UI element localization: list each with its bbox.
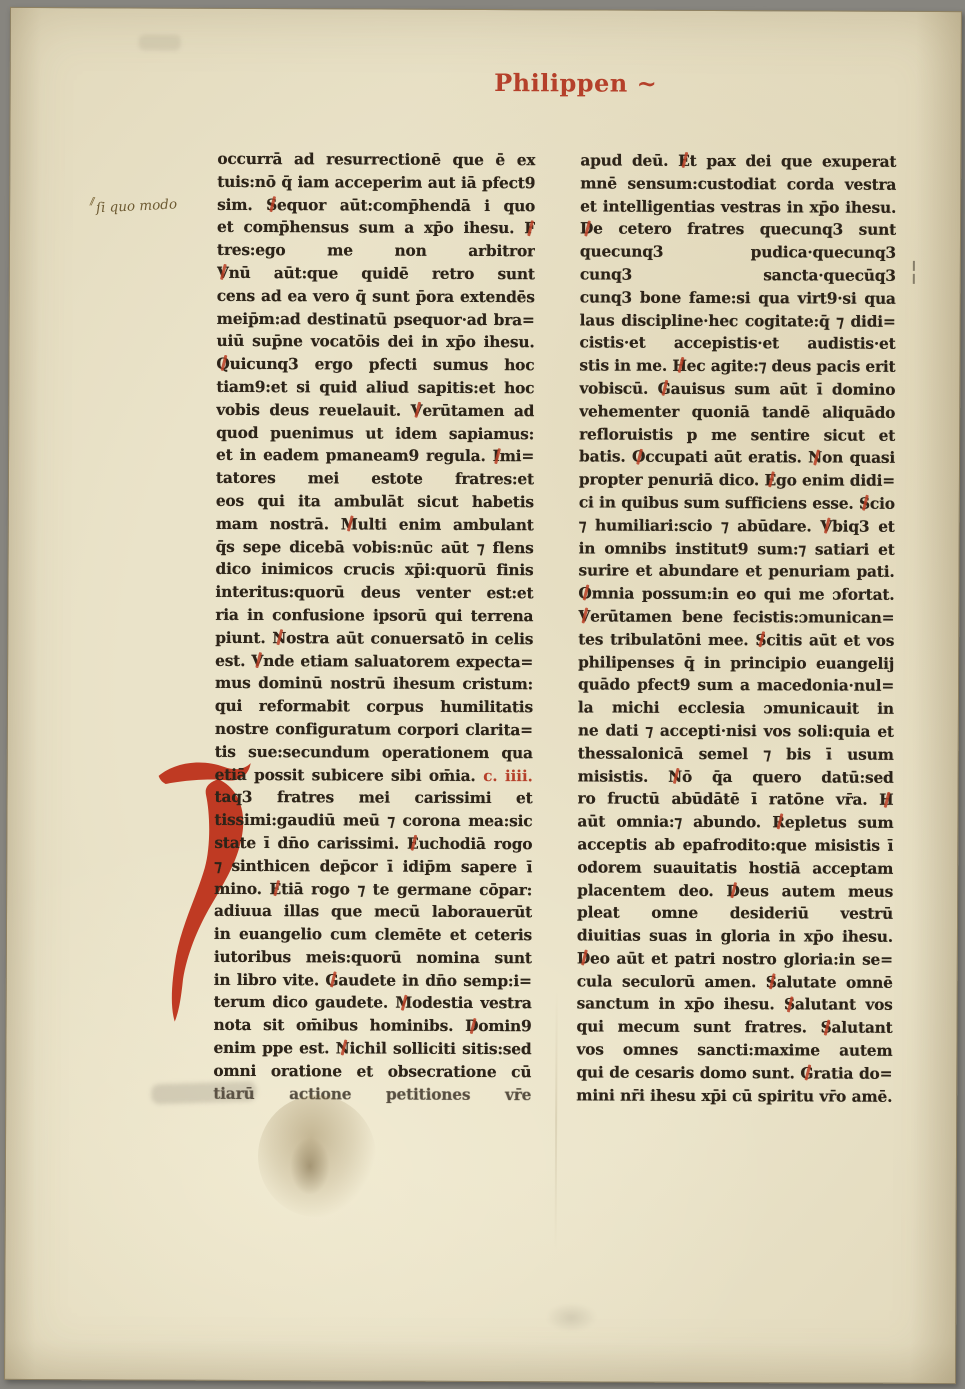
rubricated-capital: I: [493, 445, 500, 468]
text-line: cistis·et accepistis·et audistis·et vidi…: [579, 332, 895, 356]
text-line: vobis deus reuelauit. Verūtamen ad: [216, 399, 534, 423]
text-segment: mi=: [500, 447, 535, 465]
text-line: etiā possit subicere sibi om̄ia. c. iiii…: [215, 763, 533, 787]
text-line: sanctum in xp̄o ihesu. Salutant vos: [577, 993, 893, 1017]
text-line: tatores mei estote fratres:et obseruate: [216, 467, 534, 491]
text-segment: state ī dn̄o carissimi.: [214, 834, 407, 853]
text-segment: apud deū.: [580, 151, 678, 169]
text-segment: sim.: [217, 195, 266, 213]
text-line: eos qui ita ambulāt sicut habetis for=: [216, 490, 534, 514]
rubricated-capital: G: [800, 1062, 813, 1085]
text-line: omni oratione et obsecratione cū gra=: [213, 1060, 531, 1084]
text-line: ⁊ humiliari:scio ⁊ abūdare. Vbiq3 et: [579, 514, 895, 538]
text-line: stis in me. Hec agite:⁊ deus pacis erit: [579, 355, 895, 379]
text-line: iutoribus meis:quorū nomina sunt: [214, 946, 532, 970]
text-segment: eo aūt et patri nostro gloria:in se=: [590, 949, 893, 968]
text-segment: tes tribulatōni mee.: [578, 630, 755, 649]
rubricated-capital: N: [336, 1037, 350, 1060]
text-segment: cula seculorū amen.: [577, 972, 766, 991]
rubricated-capital: S: [766, 971, 777, 994]
text-line: batis. Occupati aūt eratis. Non quasi: [579, 446, 895, 470]
text-line: qui reformabit corpus humilitatis: [215, 695, 533, 719]
text-line: philipenses q̄ in principio euangelij: [578, 651, 894, 675]
text-line: odorem suauitatis hostiā acceptam: [577, 856, 893, 880]
text-line: occurrā ad resurrectionē que ē ex mor=: [217, 148, 535, 172]
rubricated-capital: H: [879, 789, 893, 812]
text-line: ria in confusione ipsorū qui terrena sa=: [215, 604, 533, 628]
text-segment: alutate omnē: [777, 973, 893, 992]
text-segment: erūtamen bene fecistis:ɔmunican=: [590, 607, 894, 626]
text-line: ⁊ sinthicen dep̄cor ī idip̄m sapere ī do…: [214, 855, 532, 879]
ink-offset-smear: [151, 1081, 257, 1104]
text-segment: uchodiā rogo: [419, 835, 533, 853]
text-line: propter penuriā dico. Ego enim didi=: [579, 469, 895, 493]
rubricated-capital: N: [668, 765, 682, 788]
text-line: misistis. Nō q̄a quero datū:sed requi=: [578, 765, 894, 789]
text-segment: batis.: [579, 448, 632, 466]
parchment-stain-dark: [290, 1137, 330, 1195]
text-line: quecunq3 pudica·quecunq3 iusta·que=: [580, 241, 896, 265]
text-line: quod puenimus ut idem sapiamus:: [216, 421, 534, 445]
text-line: Quicunq3 ergo pfecti sumus hoc sen=: [216, 353, 534, 377]
text-line: nostre configuratum corpori clarita=: [215, 718, 533, 742]
margin-edge-ticks: [913, 258, 919, 288]
rubricated-capital: F: [524, 218, 535, 241]
text-segment: ulti enim ambulant: [358, 515, 534, 534]
text-segment: auisus sum aūt ī domino: [671, 380, 896, 399]
text-segment: et in eadem pmaneam9 regula.: [216, 446, 493, 465]
text-line: vobiscū. Gauisus sum aūt ī domino: [579, 377, 895, 401]
text-line: cunq3 sancta·quecūq3 amabilia·que=: [580, 263, 896, 287]
text-line: tres:ego me non arbitror ɔprehēdisse.: [217, 239, 535, 263]
text-line: taq3 fratres mei carissimi et desideran=: [215, 786, 533, 810]
rubricated-capital: V: [820, 515, 832, 538]
text-segment: vobiscū.: [579, 379, 657, 397]
text-line: terum dico gaudete. Modestia vestra: [214, 991, 532, 1015]
text-line: sim. Sequor aūt:comp̄hendā i quo: [217, 193, 535, 217]
text-segment: uicunq3 ergo pfecti sumus hoc sen=: [216, 355, 534, 377]
text-line: Omnia possum:in eo qui me ɔfortat.: [578, 583, 894, 607]
text-segment: sanctum in xp̄o ihesu.: [577, 995, 784, 1014]
text-line: uiū sup̄ne vocatōis dei in xp̄o ihesu.: [216, 330, 534, 354]
text-line: nota sit om̄ibus hominibs. Domin9: [214, 1014, 532, 1038]
text-line: est. Vnde etiam saluatorem expecta=: [215, 649, 533, 673]
text-line: surire et abundare et penuriam pati.: [578, 560, 894, 584]
rubricated-capital: D: [726, 880, 739, 903]
rubricated-capital: O: [632, 446, 645, 469]
rubricated-capital: D: [577, 947, 590, 970]
text-segment: ccupati aūt eratis.: [645, 448, 808, 467]
rubricated-capital: S: [266, 194, 277, 217]
text-line: tes tribulatōni mee. Scitis aūt et vos: [578, 628, 894, 652]
text-line: et comp̄hensus sum a xp̄o ihesu. Fra=: [217, 216, 535, 240]
rubricated-capital: V: [578, 605, 590, 628]
text-line: ro fructū abūdātē ī ratōne vr̄a. Habeo: [577, 788, 893, 812]
text-segment: misistis.: [578, 767, 669, 785]
rubricated-capital: V: [251, 650, 263, 673]
rubricated-capital: E: [407, 833, 419, 856]
text-line: vos omnes sancti:maxime autem: [576, 1038, 892, 1062]
text-segment: alutant: [832, 1019, 893, 1037]
text-segment: stis in me.: [579, 357, 672, 375]
text-segment: ci in quibus sum sufficiens esse.: [579, 493, 859, 512]
text-line: thessalonicā semel ⁊ bis ī usum michi: [578, 742, 894, 766]
text-line: mnē sensum:custodiat corda vestra: [580, 172, 896, 196]
text-line: state ī dn̄o carissimi. Euchodiā rogo: [214, 832, 532, 856]
rubricated-capital: N: [808, 447, 822, 470]
rubricated-capital: G: [325, 969, 338, 992]
text-segment: equor aūt:comp̄hendā i quo: [277, 196, 535, 215]
rubricated-capital: Q: [216, 353, 229, 376]
text-line: la michi ecclesia ɔmunicauit in ratio=: [578, 697, 894, 721]
text-line: mini nr̄i ihesu xp̄i cū spiritu vr̄o amē…: [576, 1084, 892, 1108]
text-line: q̄s sepe dicebā vobis:nūc aūt ⁊ flens: [216, 535, 534, 559]
text-segment: audete in dn̄o semp:i=: [338, 971, 531, 990]
text-segment: nota sit om̄ibus hominibs.: [214, 1016, 466, 1035]
text-segment: mino.: [214, 879, 269, 897]
text-segment: biq3 et: [832, 517, 895, 535]
text-segment: citis aūt et vos: [766, 631, 894, 650]
parchment-fold-line: [555, 990, 558, 1250]
rubricated-capital: R: [772, 811, 785, 834]
text-line: cula seculorū amen. Salutate omnē: [577, 970, 893, 994]
rubricated-capital: H: [672, 355, 686, 378]
text-segment: piunt.: [215, 629, 272, 647]
text-segment: mnia possum:in eo qui me ɔfortat.: [592, 585, 895, 604]
text-line: ci in quibus sum sufficiens esse. Scio: [579, 491, 895, 515]
text-segment: ec agite:⁊ deus pacis erit: [687, 357, 896, 376]
text-segment: epletus sum: [785, 813, 894, 831]
text-segment: ratia do=: [813, 1064, 892, 1082]
text-column-right: apud deū. Et pax dei que exuperat o=mnē …: [576, 149, 896, 1108]
text-segment: odestia vestra: [412, 994, 532, 1013]
rubricated-capital: E: [764, 469, 776, 492]
rubricated-capital: D: [580, 218, 593, 241]
text-segment: ro fructū abūdātē ī ratōne vr̄a.: [578, 790, 880, 809]
text-line: cunq3 bone fame:si qua virt9·si qua: [580, 286, 896, 310]
text-segment: propter penuriā dico.: [579, 471, 765, 490]
text-segment: et comp̄hensus sum a xp̄o ihesu.: [217, 218, 524, 237]
text-segment: nde etiam saluatorem expecta=: [263, 652, 533, 671]
rubricated-capital: V: [217, 262, 229, 285]
text-line: in euangelio cum clemēte et ceteris ad=: [214, 923, 532, 947]
rubricated-capital: G: [658, 378, 671, 401]
text-segment: ⁊ humiliari:scio ⁊ abūdare.: [579, 516, 821, 535]
text-line: mino. Etiā rogo ⁊ te germane cōpar:: [214, 877, 532, 901]
text-segment: aūt omnia:⁊ abundo.: [577, 813, 772, 832]
text-line: diuitias suas in gloria in xp̄o ihesu.: [577, 925, 893, 949]
text-line: vehementer quoniā tandē aliquādo: [579, 400, 895, 424]
text-line: et in eadem pmaneam9 regula. Imi=: [216, 444, 534, 468]
rubricated-capital: S: [755, 629, 766, 652]
scanned-bible-page: { "page": { "description": "Gutenberg Bi…: [0, 0, 965, 1389]
text-segment: in libro vite.: [214, 971, 326, 989]
text-segment: erūtamen ad: [422, 401, 534, 419]
text-segment: qui mecum sunt fratres.: [577, 1018, 821, 1037]
rubricated-capital: S: [821, 1017, 832, 1040]
text-segment: est.: [215, 651, 251, 669]
text-segment: on quasi: [822, 449, 895, 467]
text-line: refloruistis p me sentire sicut et senti…: [579, 423, 895, 447]
text-segment: alutant vos: [795, 996, 893, 1014]
rubricated-capital: O: [578, 583, 591, 606]
text-line: meip̄m:ad destinatū psequor·ad bra=: [217, 307, 535, 331]
rubricated-capital: N: [272, 627, 286, 650]
text-line: dico inimicos crucis xp̄i:quorū finis: [215, 558, 533, 582]
text-line: piunt. Nostra aūt conuersatō in celis: [215, 627, 533, 651]
text-line: adiuua illas que mecū laborauerūt: [214, 900, 532, 924]
text-line: tissimi:gaudiū meū ⁊ corona mea:sic: [214, 809, 532, 833]
margin-annotation: //ſi quo modo: [90, 192, 178, 216]
rubricated-capital: E: [270, 878, 282, 901]
text-line: Verūtamen bene fecistis:ɔmunican=: [578, 605, 894, 629]
rubricated-capital: E: [678, 150, 690, 173]
text-segment: nū aūt:que quidē retro sunt obliuis=: [217, 264, 535, 286]
text-line: in libro vite. Gaudete in dn̄o semp:i=: [214, 969, 532, 993]
text-line: enim ppe est. Nichil solliciti sitis:sed…: [213, 1037, 531, 1061]
text-line: acceptis ab epafrodito:que misistis ī: [577, 833, 893, 857]
rubricated-capital: M: [341, 513, 358, 536]
text-line: quādo pfect9 sum a macedonia·nul=: [578, 674, 894, 698]
rubric-text: c. iiii.: [483, 767, 533, 785]
text-line: interitus:quorū deus venter est:et glo=: [215, 581, 533, 605]
rubricated-capital: D: [465, 1015, 478, 1038]
rubricated-capital: S: [859, 493, 870, 516]
text-line: Deo aūt et patri nostro gloria:in se=: [577, 947, 893, 971]
text-line: mus dominū nostrū ihesum cristum:: [215, 672, 533, 696]
text-line: tuis:nō q̄ iam acceperim aut iā pfect9: [217, 171, 535, 195]
text-line: laus discipline·hec cogitate:q̄ ⁊ didi=: [580, 309, 896, 333]
text-segment: mam nostrā.: [216, 515, 341, 534]
text-line: tis sue:secundum operationem qua: [215, 741, 533, 765]
text-line: De cetero fratres quecunq3 sunt vera·: [580, 218, 896, 242]
rubricated-capital: S: [784, 994, 795, 1017]
text-segment: e cetero fratres quecunq3 sunt vera·: [580, 220, 896, 242]
text-segment: ostra aūt conuersatō in celis: [286, 629, 533, 648]
rubricated-capital: M: [395, 992, 412, 1015]
text-segment: placentem deo.: [577, 881, 726, 900]
text-line: in omnibs institut9 sum:⁊ satiari et e=: [579, 537, 895, 561]
text-segment: terum dico gaudete.: [214, 993, 396, 1012]
running-title: Philippen ~: [466, 68, 686, 98]
text-line: aūt omnia:⁊ abundo. Repletus sum: [577, 811, 893, 835]
text-line: tiam9:et si quid aliud sapitis:et hoc: [216, 376, 534, 400]
rubricated-capital: V: [411, 399, 423, 422]
text-line: cens ad ea vero q̄ sunt p̄ora extendēs: [217, 285, 535, 309]
text-line: apud deū. Et pax dei que exuperat o=: [580, 149, 896, 173]
annotation-tick-mark: //: [90, 196, 93, 207]
text-segment: etiā possit subicere sibi om̄ia.: [215, 765, 484, 784]
text-line: qui mecum sunt fratres. Salutant: [577, 1016, 893, 1040]
text-line: pleat omne desideriū vestrū secūdum: [577, 902, 893, 926]
text-line: tiarū actione petitiones vr̄e innotescāt: [213, 1082, 531, 1106]
annotation-text: ſi quo modo: [96, 196, 178, 216]
text-segment: cio: [870, 495, 895, 513]
text-line: mam nostrā. Multi enim ambulant: [216, 513, 534, 537]
manuscript-page: Philippen ~ //ſi quo modo occurrā ad res…: [4, 7, 962, 1384]
faint-pencil-mark: [139, 34, 181, 50]
text-line: et intelligentias vestras in xp̄o ihesu.: [580, 195, 896, 219]
text-column-left: occurrā ad resurrectionē que ē ex mor=tu…: [213, 148, 535, 1107]
text-segment: tiā rogo ⁊ te germane cōpar:: [281, 880, 532, 899]
text-segment: go enim didi=: [776, 471, 895, 490]
text-segment: qui de cesaris domo sunt.: [576, 1063, 800, 1082]
text-line: Vnū aūt:que quidē retro sunt obliuis=: [217, 262, 535, 286]
text-segment: vobis deus reuelauit.: [216, 401, 410, 420]
text-segment: omin9: [478, 1017, 531, 1035]
text-line: placentem deo. Deus autem meus im=: [577, 879, 893, 903]
bottom-smudge: [545, 1302, 597, 1332]
text-line: ne dati ⁊ accepti·nisi vos soli:quia et: [578, 719, 894, 743]
text-line: qui de cesaris domo sunt. Gratia do=: [576, 1061, 892, 1085]
text-segment: enim ppe est.: [213, 1039, 335, 1058]
